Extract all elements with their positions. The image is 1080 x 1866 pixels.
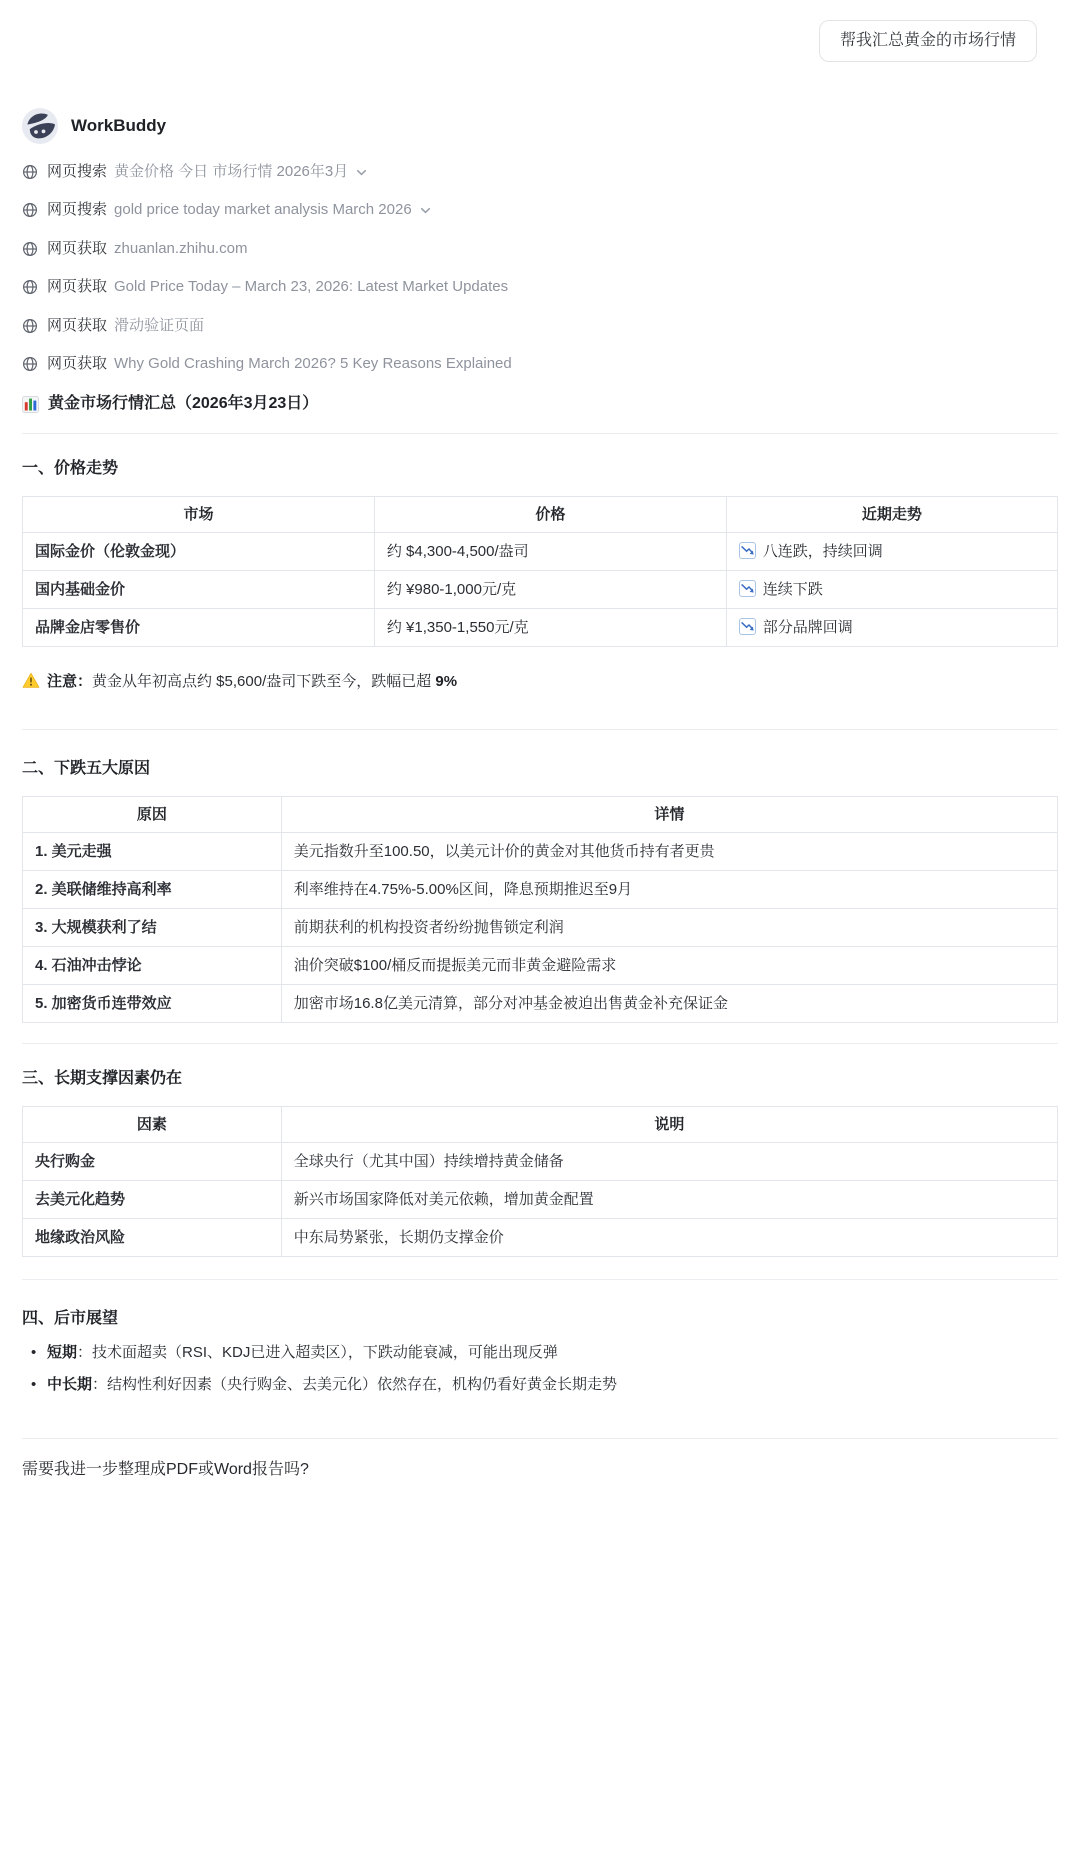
chevron-down-icon[interactable] xyxy=(419,204,432,217)
column-header: 价格 xyxy=(374,497,726,533)
chart-decreasing-icon xyxy=(739,580,756,597)
section-divider xyxy=(22,1043,1058,1044)
table-cell: 新兴市场国家降低对美元依赖，增加黄金配置 xyxy=(281,1181,1057,1219)
outlook-item: 中长期：结构性利好因素（央行购金、去美元化）依然存在，机构仍看好黄金长期走势 xyxy=(22,1374,1058,1396)
column-header: 近期走势 xyxy=(726,497,1057,533)
table-cell: 去美元化趋势 xyxy=(23,1181,282,1219)
table-row: 5. 加密货币连带效应加密市场16.8亿美元清算，部分对冲基金被迫出售黄金补充保… xyxy=(23,985,1058,1023)
column-header: 市场 xyxy=(23,497,375,533)
table-cell: 部分品牌回调 xyxy=(726,609,1057,647)
outlook-item-text: ：结构性利好因素（央行购金、去美元化）依然存在，机构仍看好黄金长期走势 xyxy=(92,1376,617,1393)
user-message-bubble: 帮我汇总黄金的市场行情 xyxy=(819,20,1037,62)
assistant-header: WorkBuddy xyxy=(22,108,1058,144)
section-heading-outlook: 四、后市展望 xyxy=(22,1308,1058,1330)
tool-query: Why Gold Crashing March 2026? 5 Key Reas… xyxy=(114,353,512,375)
table-cell: 利率维持在4.75%-5.00%区间，降息预期推迟至9月 xyxy=(281,871,1057,909)
tool-label: 网页搜索 xyxy=(47,161,107,183)
warning-highlight: 9% xyxy=(435,673,457,690)
tool-query: 黄金价格 今日 市场行情 2026年3月 xyxy=(114,161,348,183)
chart-decreasing-icon xyxy=(739,542,756,559)
bar-chart-icon xyxy=(22,396,39,413)
table-cell: 前期获利的机构投资者纷纷抛售锁定利润 xyxy=(281,909,1057,947)
warning-label: 注意： xyxy=(47,673,92,690)
web-tool-row[interactable]: 网页获取滑动验证页面 xyxy=(22,315,1058,337)
web-tool-row[interactable]: 网页获取zhuanlan.zhihu.com xyxy=(22,238,1058,260)
warning-text: 黄金从年初高点约 $5,600/盎司下跌至今，跌幅已超 xyxy=(92,673,435,690)
table-cell: 地缘政治风险 xyxy=(23,1219,282,1257)
tool-query: gold price today market analysis March 2… xyxy=(114,199,412,221)
tool-label: 网页获取 xyxy=(47,353,107,375)
tool-label: 网页搜索 xyxy=(47,199,107,221)
tool-label: 网页获取 xyxy=(47,276,107,298)
column-header: 原因 xyxy=(23,797,282,833)
outlook-list: 短期：技术面超卖（RSI、KDJ已进入超卖区），下跌动能衰减，可能出现反弹中长期… xyxy=(22,1342,1058,1396)
column-header: 因素 xyxy=(23,1107,282,1143)
price-table: 市场价格近期走势国际金价（伦敦金现）约 $4,300-4,500/盎司八连跌，持… xyxy=(22,496,1058,647)
globe-icon xyxy=(22,318,38,334)
report-title: 黄金市场行情汇总（2026年3月23日） xyxy=(22,393,1058,415)
tool-query: Gold Price Today – March 23, 2026: Lates… xyxy=(114,276,508,298)
user-message-row: 帮我汇总黄金的市场行情 xyxy=(22,20,1058,62)
tool-label: 网页获取 xyxy=(47,238,107,260)
table-cell: 3. 大规模获利了结 xyxy=(23,909,282,947)
table-row: 3. 大规模获利了结前期获利的机构投资者纷纷抛售锁定利润 xyxy=(23,909,1058,947)
section-heading-reasons: 二、下跌五大原因 xyxy=(22,758,1058,780)
column-header: 说明 xyxy=(281,1107,1057,1143)
table-row: 地缘政治风险中东局势紧张，长期仍支撑金价 xyxy=(23,1219,1058,1257)
support-table: 因素说明央行购金全球央行（尤其中国）持续增持黄金储备去美元化趋势新兴市场国家降低… xyxy=(22,1106,1058,1257)
tool-query: zhuanlan.zhihu.com xyxy=(114,238,247,260)
warning-note: 注意：黄金从年初高点约 $5,600/盎司下跌至今，跌幅已超 9% xyxy=(22,671,1058,693)
table-cell: 4. 石油冲击悖论 xyxy=(23,947,282,985)
table-cell: 1. 美元走强 xyxy=(23,833,282,871)
chevron-down-icon[interactable] xyxy=(355,166,368,179)
outlook-item: 短期：技术面超卖（RSI、KDJ已进入超卖区），下跌动能衰减，可能出现反弹 xyxy=(22,1342,1058,1364)
outlook-item-label: 短期 xyxy=(47,1344,77,1361)
assistant-name: WorkBuddy xyxy=(71,116,166,136)
table-cell: 央行购金 xyxy=(23,1143,282,1181)
table-cell: 八连跌，持续回调 xyxy=(726,533,1057,571)
table-cell: 5. 加密货币连带效应 xyxy=(23,985,282,1023)
section-divider xyxy=(22,1438,1058,1439)
section-divider xyxy=(22,1279,1058,1280)
table-cell: 加密市场16.8亿美元清算，部分对冲基金被迫出售黄金补充保证金 xyxy=(281,985,1057,1023)
table-header-row: 因素说明 xyxy=(23,1107,1058,1143)
tool-query: 滑动验证页面 xyxy=(114,315,204,337)
table-header-row: 市场价格近期走势 xyxy=(23,497,1058,533)
web-tool-row[interactable]: 网页搜索黄金价格 今日 市场行情 2026年3月 xyxy=(22,161,1058,183)
table-cell: 约 ¥1,350-1,550元/克 xyxy=(374,609,726,647)
table-cell: 美元指数升至100.50，以美元计价的黄金对其他货币持有者更贵 xyxy=(281,833,1057,871)
table-header-row: 原因详情 xyxy=(23,797,1058,833)
report-title-text: 黄金市场行情汇总（2026年3月23日） xyxy=(48,393,318,415)
table-cell: 国内基础金价 xyxy=(23,571,375,609)
table-cell: 约 $4,300-4,500/盎司 xyxy=(374,533,726,571)
section-divider xyxy=(22,433,1058,434)
table-row: 央行购金全球央行（尤其中国）持续增持黄金储备 xyxy=(23,1143,1058,1181)
globe-icon xyxy=(22,279,38,295)
table-row: 国际金价（伦敦金现）约 $4,300-4,500/盎司八连跌，持续回调 xyxy=(23,533,1058,571)
table-cell: 品牌金店零售价 xyxy=(23,609,375,647)
table-row: 品牌金店零售价约 ¥1,350-1,550元/克部分品牌回调 xyxy=(23,609,1058,647)
web-tool-row[interactable]: 网页获取Why Gold Crashing March 2026? 5 Key … xyxy=(22,353,1058,375)
table-row: 去美元化趋势新兴市场国家降低对美元依赖，增加黄金配置 xyxy=(23,1181,1058,1219)
table-cell: 中东局势紧张，长期仍支撑金价 xyxy=(281,1219,1057,1257)
table-cell: 油价突破$100/桶反而提振美元而非黄金避险需求 xyxy=(281,947,1057,985)
section-divider xyxy=(22,729,1058,730)
section-heading-support: 三、长期支撑因素仍在 xyxy=(22,1068,1058,1090)
globe-icon xyxy=(22,241,38,257)
section-heading-price: 一、价格走势 xyxy=(22,458,1058,480)
tool-label: 网页获取 xyxy=(47,315,107,337)
closing-question: 需要我进一步整理成PDF或Word报告吗? xyxy=(22,1459,1058,1481)
web-tool-row[interactable]: 网页获取Gold Price Today – March 23, 2026: L… xyxy=(22,276,1058,298)
table-row: 4. 石油冲击悖论油价突破$100/桶反而提振美元而非黄金避险需求 xyxy=(23,947,1058,985)
agent-steps: 网页搜索黄金价格 今日 市场行情 2026年3月网页搜索gold price t… xyxy=(22,161,1058,375)
report: 黄金市场行情汇总（2026年3月23日） 一、价格走势 市场价格近期走势国际金价… xyxy=(22,393,1058,1481)
outlook-item-text: ：技术面超卖（RSI、KDJ已进入超卖区），下跌动能衰减，可能出现反弹 xyxy=(77,1344,558,1361)
table-cell: 连续下跌 xyxy=(726,571,1057,609)
table-row: 国内基础金价约 ¥980-1,000元/克连续下跌 xyxy=(23,571,1058,609)
globe-icon xyxy=(22,356,38,372)
table-cell: 2. 美联储维持高利率 xyxy=(23,871,282,909)
table-row: 1. 美元走强美元指数升至100.50，以美元计价的黄金对其他货币持有者更贵 xyxy=(23,833,1058,871)
globe-icon xyxy=(22,202,38,218)
column-header: 详情 xyxy=(281,797,1057,833)
globe-icon xyxy=(22,164,38,180)
warning-icon xyxy=(22,672,40,689)
reasons-table: 原因详情1. 美元走强美元指数升至100.50，以美元计价的黄金对其他货币持有者… xyxy=(22,796,1058,1023)
outlook-item-label: 中长期 xyxy=(47,1376,92,1393)
chat-page: 帮我汇总黄金的市场行情 WorkBuddy 网页搜索黄金价格 今日 市场行情 2… xyxy=(0,0,1080,1495)
table-cell: 约 ¥980-1,000元/克 xyxy=(374,571,726,609)
chart-decreasing-icon xyxy=(739,618,756,635)
table-row: 2. 美联储维持高利率利率维持在4.75%-5.00%区间，降息预期推迟至9月 xyxy=(23,871,1058,909)
table-cell: 全球央行（尤其中国）持续增持黄金储备 xyxy=(281,1143,1057,1181)
workbuddy-avatar xyxy=(22,108,58,144)
table-cell: 国际金价（伦敦金现） xyxy=(23,533,375,571)
web-tool-row[interactable]: 网页搜索gold price today market analysis Mar… xyxy=(22,199,1058,221)
